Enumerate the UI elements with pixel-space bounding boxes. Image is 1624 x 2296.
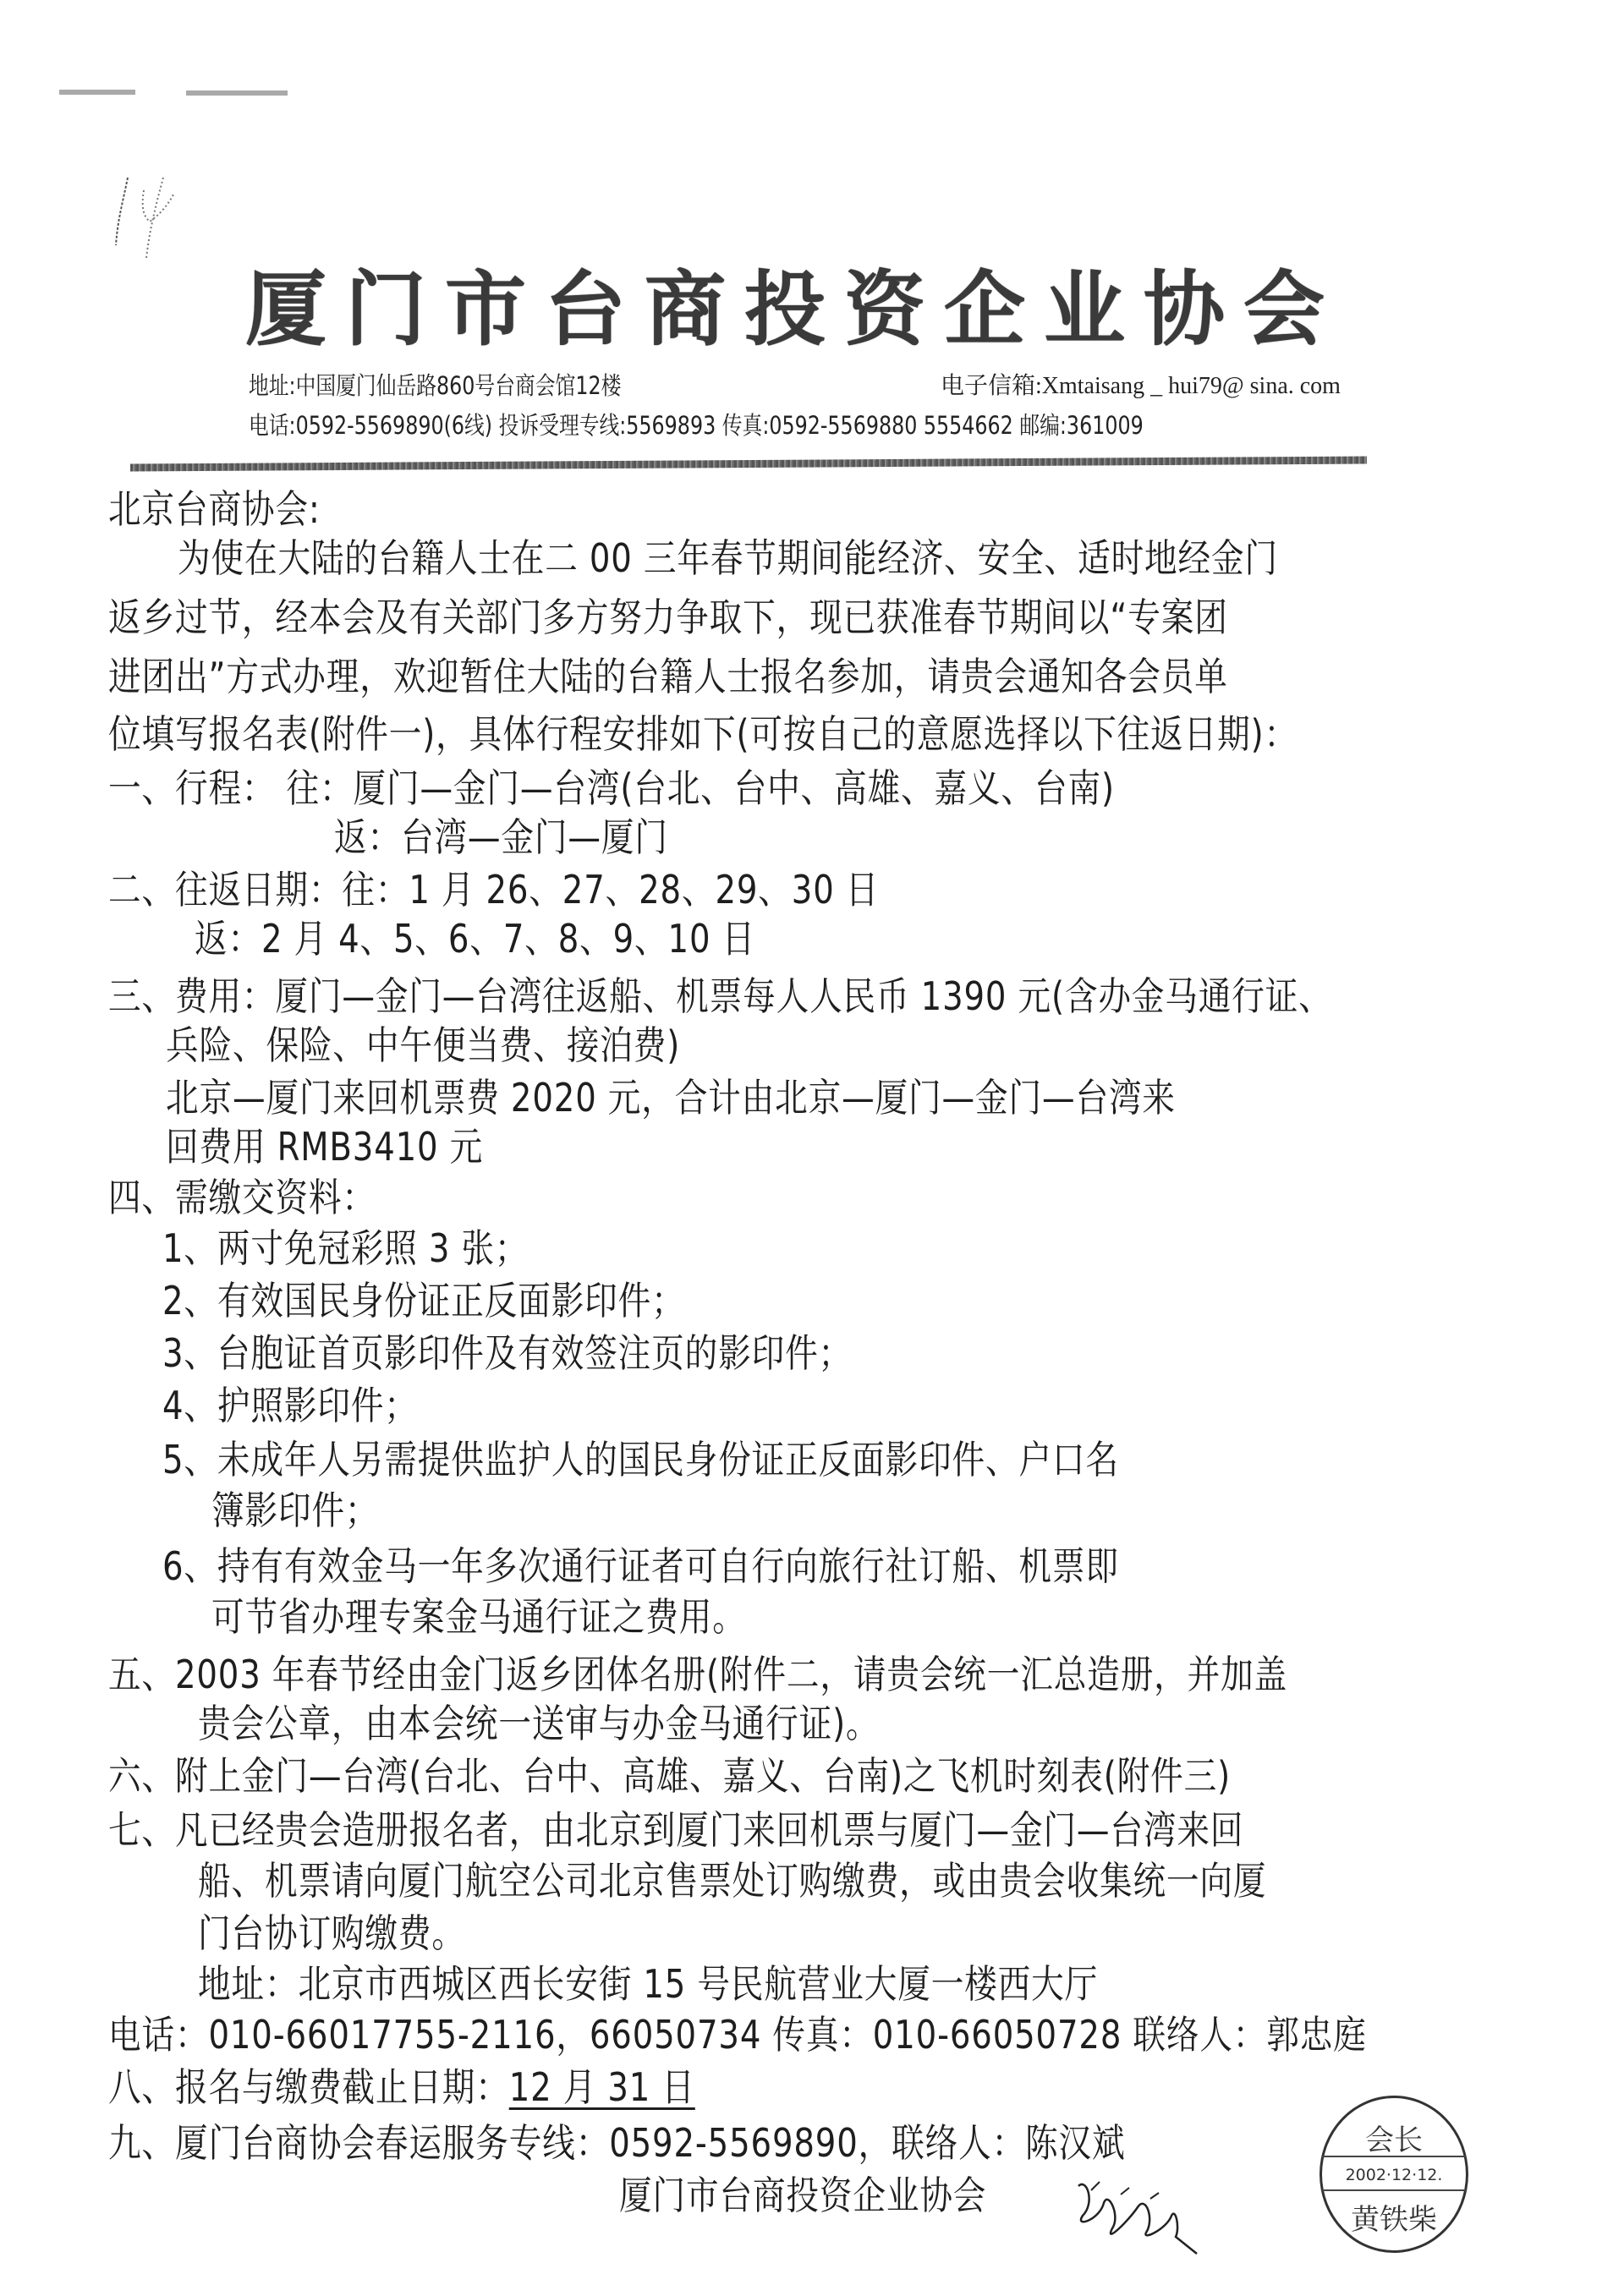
section-7-phone: 电话：010-66017755-2116，66050734 传真：010-660…: [108, 2004, 1367, 2060]
requirement-item: 5、未成年人另需提供监护人的国民身份证正反面影印件、户口名: [162, 1429, 1119, 1485]
section-7-line: 七、凡已经贵会造册报名者，由北京到厦门来回机票与厦门—金门—台湾来回: [108, 1800, 1243, 1855]
section-5-line: 五、2003 年春节经由金门返乡团体名册(附件二，请贵会统一汇总造册，并加盖: [108, 1644, 1287, 1700]
section-3-line: 北京—厦门来回机票费 2020 元，合计由北京—厦门—金门—台湾来: [166, 1067, 1176, 1123]
deadline-label: 八、报名与缴费截止日期：: [108, 2064, 509, 2110]
section-4-heading: 四、需缴交资料：: [108, 1167, 376, 1223]
section-7-line: 门台协订购缴费。: [198, 1903, 465, 1959]
signoff-organization: 厦门市台商投资企业协会: [619, 2165, 986, 2221]
letterhead-phone-line: 电话:0592-5569890(6线) 投诉受理专线:5569893 传真:05…: [249, 407, 1144, 441]
deadline-date: 12 月 31 日: [509, 2064, 695, 2110]
requirement-item: 4、护照影印件；: [162, 1375, 418, 1431]
handwritten-signature: [1062, 2169, 1205, 2262]
requirement-item: 2、有效国民身份证正反面影印件；: [162, 1270, 685, 1326]
requirement-item: 3、台胞证首页影印件及有效签注页的影印件；: [162, 1323, 852, 1378]
seal-title: 会长: [1322, 2117, 1466, 2158]
official-seal: 会长 2002·12·12. 黄铁柴: [1319, 2096, 1468, 2253]
requirement-item: 1、两寸免冠彩照 3 张；: [162, 1218, 528, 1274]
salutation: 北京台商协会:: [108, 479, 321, 534]
section-2-return: 返：2 月 4、5、6、7、8、9、10 日: [195, 908, 755, 964]
requirement-item: 6、持有有效金马一年多次通行证者可自行向旅行社订船、机票即: [162, 1536, 1119, 1592]
seal-name: 黄铁柴: [1322, 2196, 1466, 2238]
letterhead-divider: [130, 457, 1367, 472]
section-3-line: 回费用 RMB3410 元: [166, 1116, 483, 1172]
section-3-line: 兵险、保险、中午便当费、接泊费): [166, 1015, 680, 1071]
letterhead-email: 电子信箱:Xmtaisang _ hui79@ sina. com: [941, 367, 1341, 401]
scan-artifact: [59, 90, 135, 95]
section-2-outbound: 二、往返日期：往：1 月 26、27、28、29、30 日: [108, 859, 879, 915]
seal-divider: [1322, 2156, 1466, 2157]
section-7-line: 船、机票请向厦门航空公司北京售票处订购缴费，或由贵会收集统一向厦: [198, 1850, 1266, 1906]
section-9: 九、厦门台商协会春运服务专线：0592-5569890，联络人：陈汉斌: [108, 2112, 1125, 2168]
seal-date: 2002·12·12.: [1322, 2166, 1466, 2184]
intro-line: 进团出”方式办理，欢迎暂住大陆的台籍人士报名参加，请贵会通知各会员单: [108, 646, 1228, 702]
section-3-line: 三、费用：厦门—金门—台湾往返船、机票每人人民币 1390 元(含办金马通行证、: [108, 966, 1332, 1022]
section-6: 六、附上金门—台湾(台北、台中、高雄、嘉义、台南)之飞机时刻表(附件三): [108, 1745, 1231, 1801]
section-5-line: 贵会公章，由本会统一送审与办金马通行证)。: [198, 1693, 880, 1749]
section-7-address: 地址：北京市西城区西长安街 15 号民航营业大厦一楼西大厅: [198, 1954, 1098, 2009]
intro-line: 返乡过节，经本会及有关部门多方努力争取下，现已获准春节期间以“专案团: [108, 587, 1228, 643]
seal-divider: [1322, 2189, 1466, 2191]
section-8: 八、报名与缴费截止日期：12 月 31 日: [108, 2057, 695, 2112]
intro-line: 位填写报名表(附件一)，具体行程安排如下(可按自己的意愿选择以下往返日期)：: [108, 704, 1298, 759]
section-1-outbound: 一、行程： 往：厦门—金门—台湾(台北、台中、高雄、嘉义、台南): [108, 758, 1115, 814]
letterhead-address: 地址:中国厦门仙岳路860号台商会馆12楼: [249, 367, 621, 402]
handwritten-page-number: [106, 169, 207, 262]
intro-line: 为使在大陆的台籍人士在二 00 三年春节期间能经济、安全、适时地经金门: [178, 528, 1278, 584]
scan-artifact: [186, 90, 288, 96]
requirement-item: 可节省办理专案金马通行证之费用。: [211, 1586, 746, 1642]
letterhead-title: 厦门市台商投资企业协会: [245, 245, 1429, 361]
section-1-return: 返：台湾—金门—厦门: [334, 807, 668, 863]
requirement-item: 簿影印件；: [211, 1480, 378, 1536]
